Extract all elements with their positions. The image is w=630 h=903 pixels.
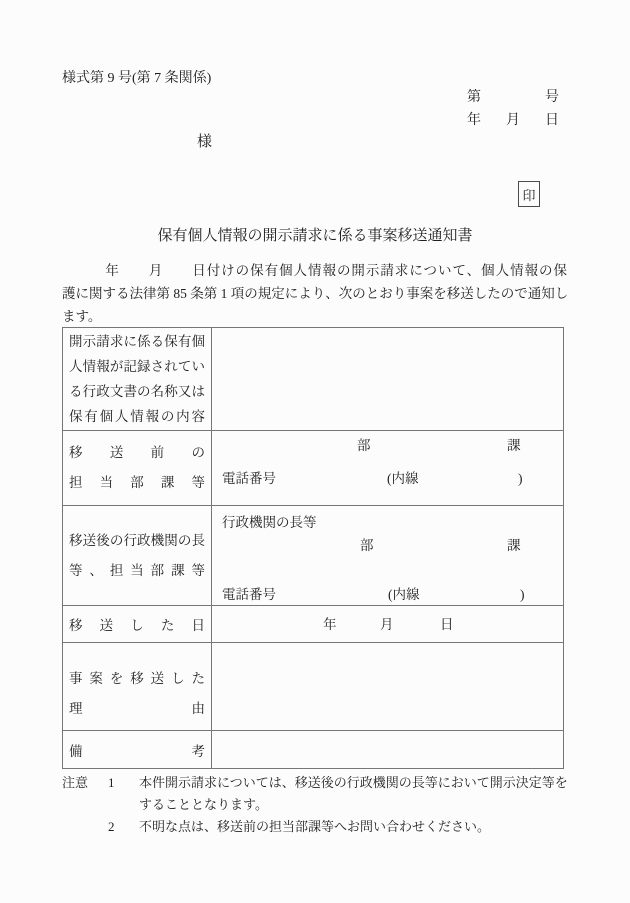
paragraph-line-2: 護に関する法律第 85 条第 1 項の規定により、次のとおり事案を移送したので通… xyxy=(62,282,567,305)
row-label-document-name: 開示請求に係る保有個 人情報が記録されてい る行政文書の名称又は 保有個人情報の… xyxy=(63,328,212,431)
phone-label: 電話番号 xyxy=(222,585,276,605)
row-label-remarks: 備考 xyxy=(63,731,212,769)
row-value-transfer-reason xyxy=(212,643,564,731)
row-value-post-transfer-agency: 行政機関の長等 部 課 電話番号 (内線 ) xyxy=(212,506,564,606)
note-1-number: 1 xyxy=(108,772,115,794)
day-label: 日 xyxy=(440,615,454,635)
row-label-transfer-reason: 事案を移送した 理由 xyxy=(63,643,212,731)
section-label: 課 xyxy=(507,436,521,456)
table-row: 事案を移送した 理由 xyxy=(63,643,564,731)
notes-heading: 注意 xyxy=(62,772,88,794)
doc-number-prefix: 第 xyxy=(467,89,481,112)
form-number: 様式第 9 号(第 7 条関係) xyxy=(62,67,211,87)
document-page: { "colors": { "page_background": "#fcfcf… xyxy=(0,0,630,903)
doc-number-line: 第 号 xyxy=(467,89,559,112)
extension-open-label: (内線 xyxy=(388,585,420,605)
table-row: 備考 xyxy=(63,731,564,769)
date-month-label: 月 xyxy=(506,112,520,135)
date-year-label: 年 xyxy=(467,112,481,135)
section-label: 課 xyxy=(507,536,521,556)
dept-label: 部 xyxy=(360,536,374,556)
seal-box: 印 xyxy=(518,181,540,207)
document-title: 保有個人情報の開示請求に係る事案移送通知書 xyxy=(0,224,630,245)
note-1-text: 本件開示請求については、移送後の行政機関の長等において開示決定等を することとな… xyxy=(139,772,568,816)
agency-head-label: 行政機関の長等 xyxy=(222,513,317,533)
year-label: 年 xyxy=(323,615,337,635)
row-label-pre-transfer-dept: 移送前の 担当部課等 xyxy=(63,431,212,506)
transfer-notice-table: 開示請求に係る保有個 人情報が記録されてい る行政文書の名称又は 保有個人情報の… xyxy=(62,327,564,769)
addressee-suffix: 様 xyxy=(197,130,212,151)
extension-close-label: ) xyxy=(518,469,523,489)
issue-date-line: 年 月 日 xyxy=(467,112,559,135)
table-row: 移送後の行政機関の長 等、担当部課等 行政機関の長等 部 課 電話番号 (内線 … xyxy=(63,506,564,606)
phone-label: 電話番号 xyxy=(222,469,276,489)
table-row: 移送前の 担当部課等 部 課 電話番号 (内線 ) xyxy=(63,431,564,506)
doc-number-date-block: 第 号 年 月 日 xyxy=(467,89,559,135)
seal-icon: 印 xyxy=(522,185,535,204)
doc-number-suffix: 号 xyxy=(545,89,559,112)
row-value-document-name xyxy=(212,328,564,431)
row-label-transfer-date: 移送した日 xyxy=(63,606,212,643)
paragraph-line-1: 年 月 日付けの保有個人情報の開示請求について、個人情報の保 xyxy=(62,259,567,282)
paragraph-line-3: ます。 xyxy=(62,305,567,328)
month-label: 月 xyxy=(380,615,394,635)
row-value-pre-transfer-dept: 部 課 電話番号 (内線 ) xyxy=(212,431,564,506)
row-label-post-transfer-agency: 移送後の行政機関の長 等、担当部課等 xyxy=(63,506,212,606)
date-day-label: 日 xyxy=(545,112,559,135)
table-row: 移送した日 年 月 日 xyxy=(63,606,564,643)
table-row: 開示請求に係る保有個 人情報が記録されてい る行政文書の名称又は 保有個人情報の… xyxy=(63,328,564,431)
row-value-remarks xyxy=(212,731,564,769)
note-2-text: 不明な点は、移送前の担当部課等へお問い合わせください。 xyxy=(139,816,490,838)
body-paragraph: 年 月 日付けの保有個人情報の開示請求について、個人情報の保 護に関する法律第 … xyxy=(62,259,567,328)
dept-label: 部 xyxy=(357,436,371,456)
note-2-number: 2 xyxy=(108,816,115,838)
extension-open-label: (内線 xyxy=(387,469,419,489)
row-value-transfer-date: 年 月 日 xyxy=(212,606,564,643)
extension-close-label: ) xyxy=(520,585,525,605)
